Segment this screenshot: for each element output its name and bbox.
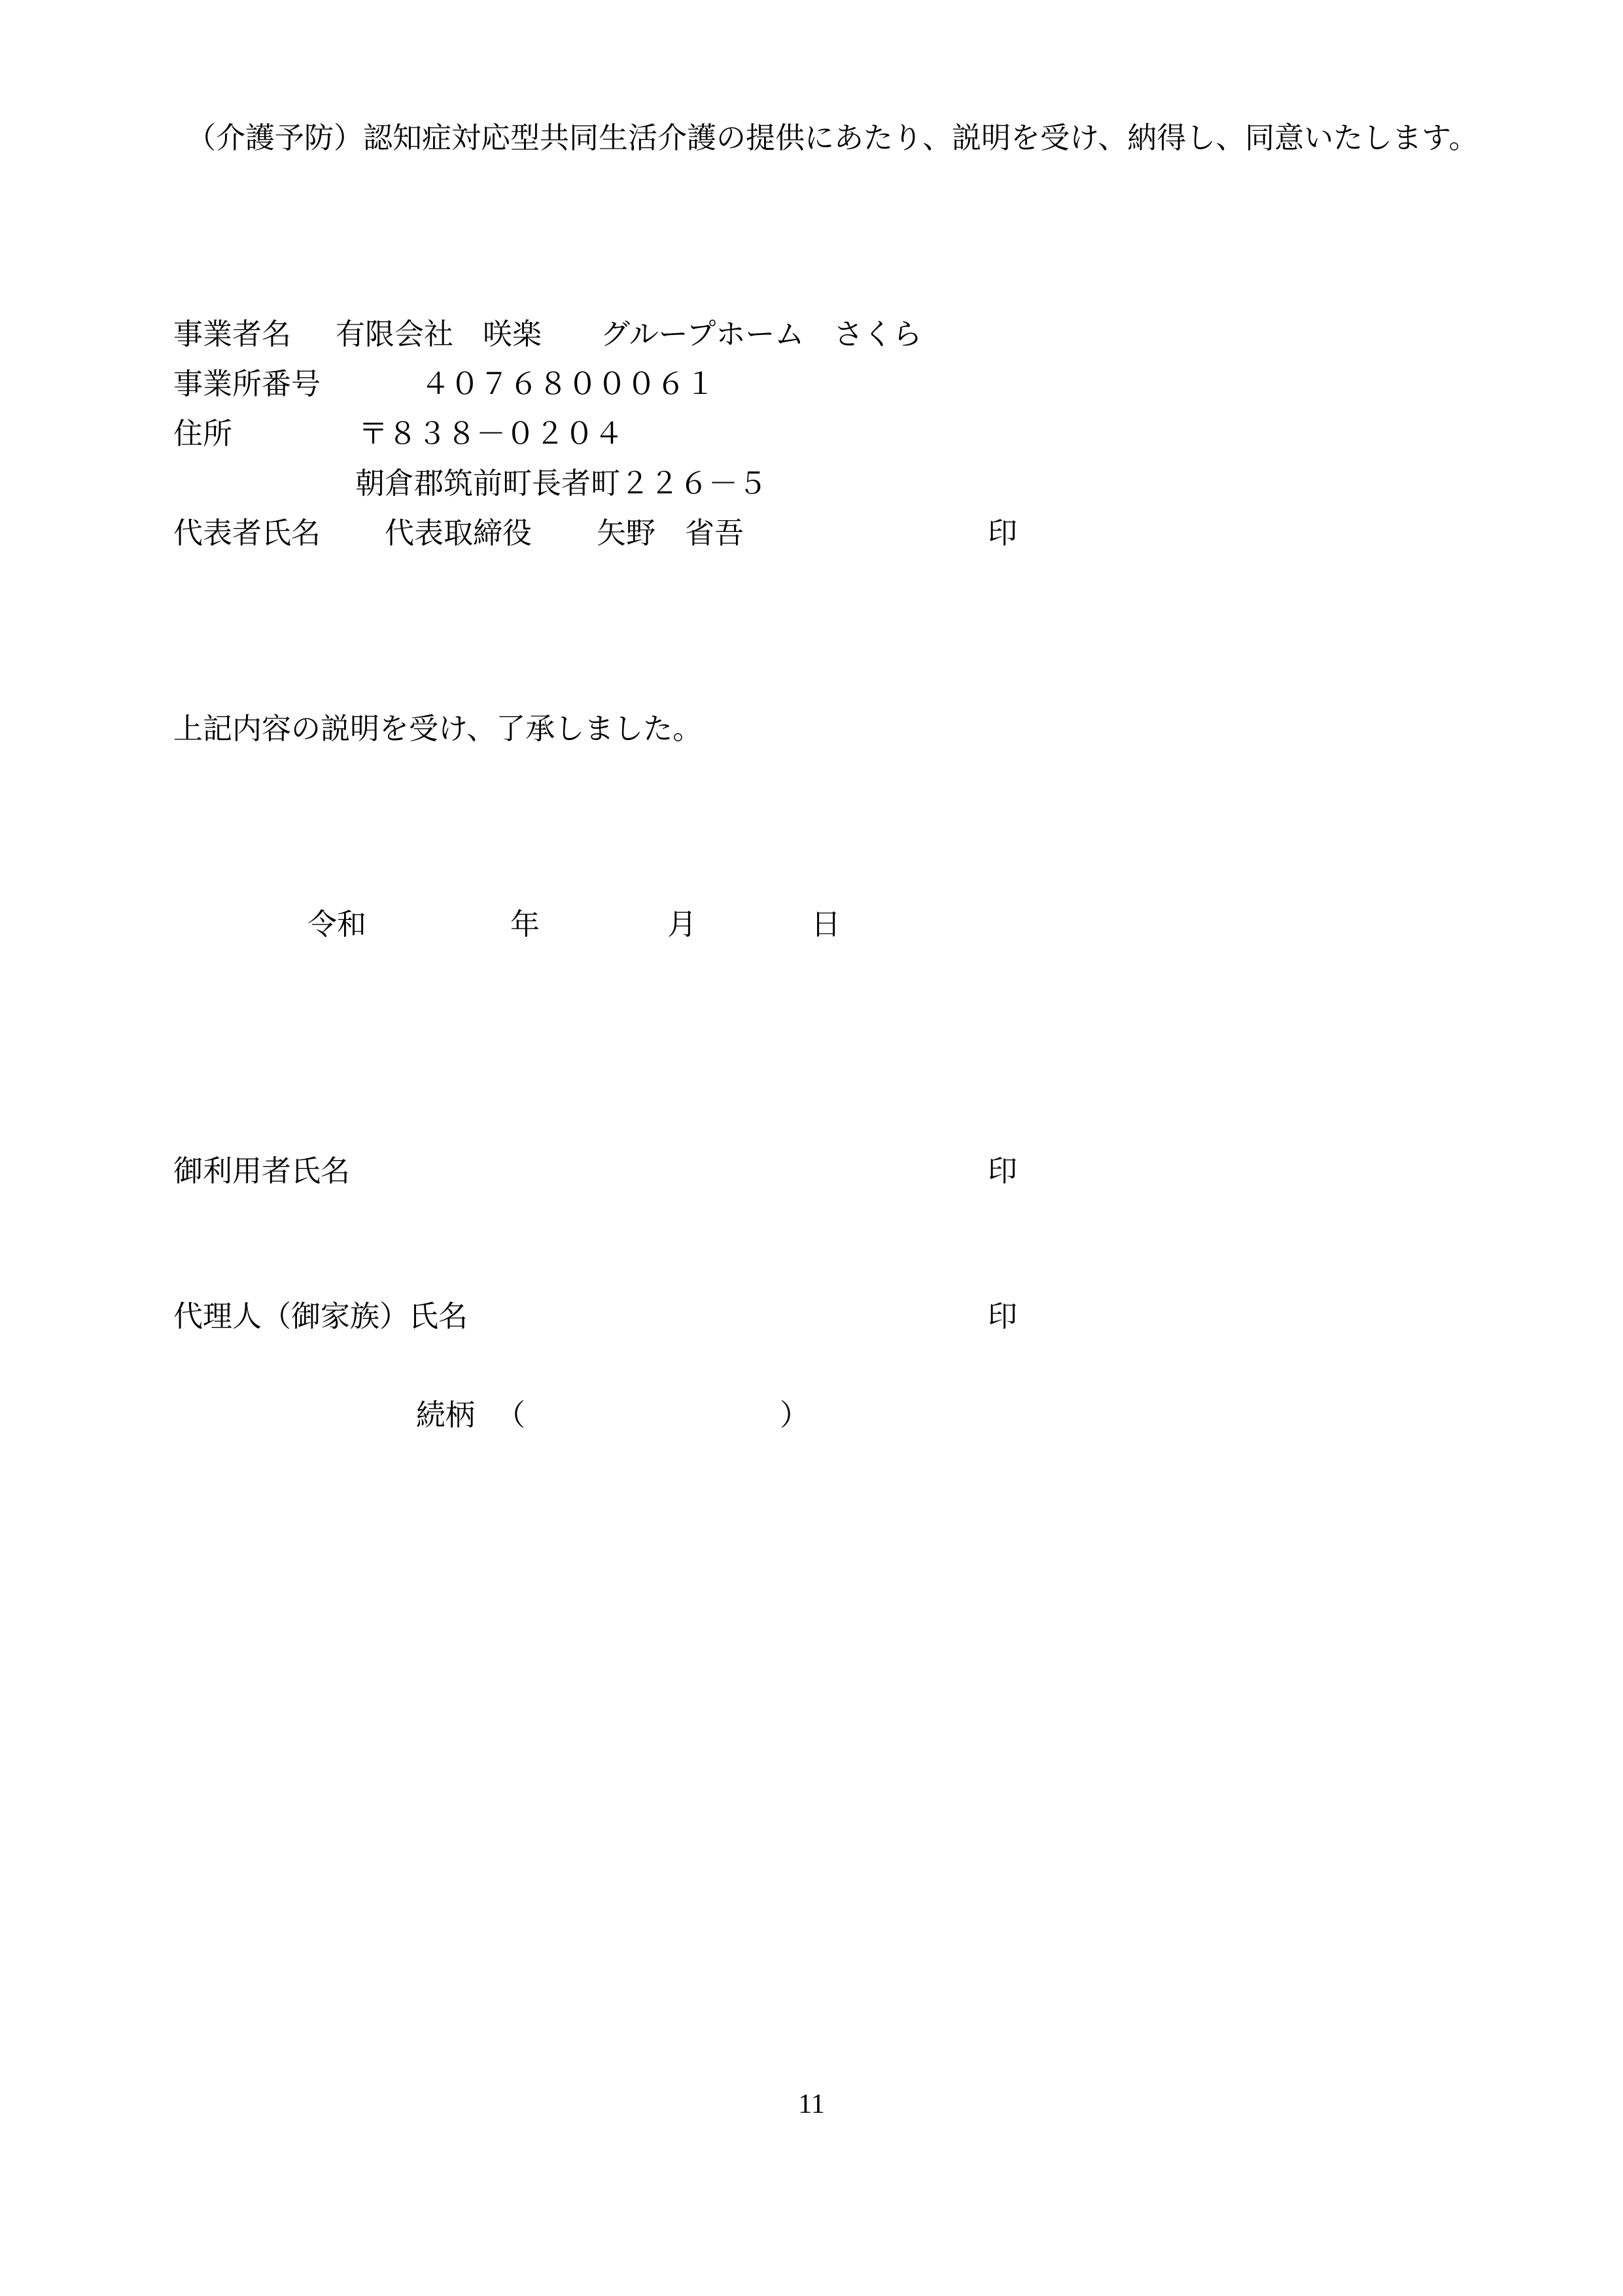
document-page: （介護予防）認知症対応型共同生活介護の提供にあたり、説明を受け、納得し、同意いた… [0,0,1623,2296]
agent-name-label: 代理人（御家族）氏名 [173,1300,468,1334]
relation-label: 続柄 [416,1399,475,1433]
date-year-label: 年 [510,908,540,942]
date-era-label: 令和 [307,908,366,942]
relation-paren-open: （ [496,1399,525,1433]
representative-name: 矢野 省吾 [597,517,744,551]
provider-seal-mark: 印 [988,517,1017,551]
address-line-value: 朝倉郡筑前町長者町２２６－５ [355,467,767,501]
consent-statement: （介護予防）認知症対応型共同生活介護の提供にあたり、説明を受け、納得し、同意いた… [186,122,1478,156]
office-number-value: ４０７６８０００６１ [421,368,715,402]
acknowledgement-statement: 上記内容の説明を受け、了承しました。 [173,713,702,747]
relation-paren-close: ） [780,1399,809,1433]
date-day-label: 日 [811,908,841,942]
agent-seal-mark: 印 [988,1300,1017,1334]
representative-title: 代表取締役 [385,517,532,551]
representative-label: 代表者氏名 [173,517,321,551]
user-name-label: 御利用者氏名 [173,1155,350,1189]
date-month-label: 月 [667,908,697,942]
provider-name-value: 有限会社 咲楽 グループホーム さくら [336,318,922,352]
user-seal-mark: 印 [988,1155,1017,1189]
provider-name-label: 事業者名 [173,318,291,352]
page-number: 11 [0,2089,1623,2120]
postal-code-value: 〒８３８－０２０４ [358,417,623,451]
office-number-label: 事業所番号 [173,368,321,402]
address-label: 住所 [173,417,232,451]
